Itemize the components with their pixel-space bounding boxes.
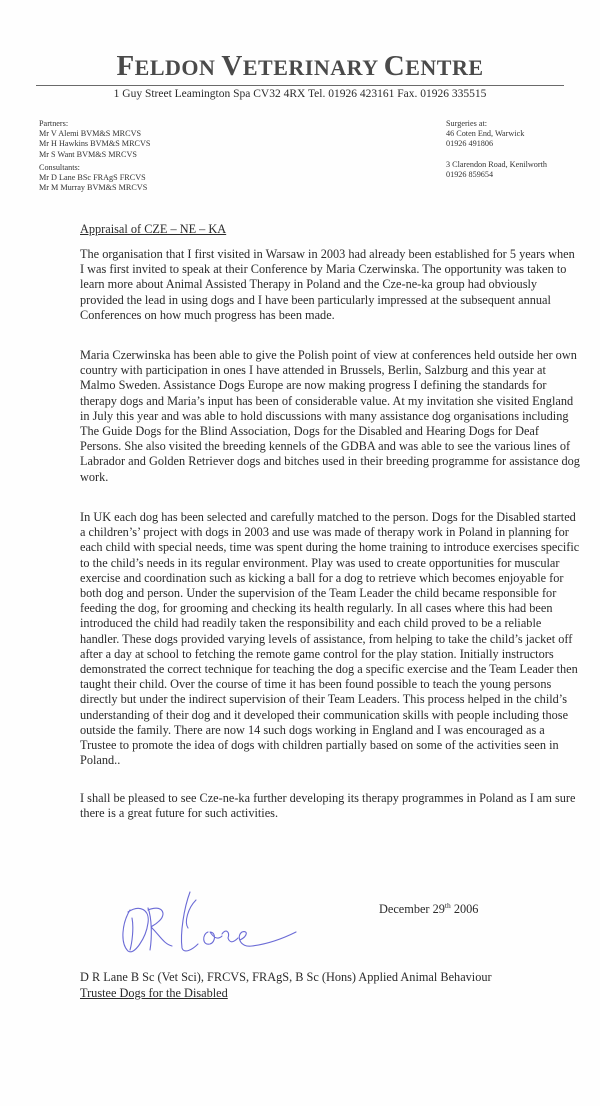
letter-date: December 29th 2006 (379, 901, 478, 917)
surgeries-block: Surgeries at: 46 Coten End, Warwick 0192… (446, 119, 547, 180)
surgery-phone: 01926 859654 (446, 170, 547, 180)
signatory-title: Trustee Dogs for the Disabled (80, 986, 228, 1001)
body-paragraph-1: The organisation that I first visited in… (80, 247, 580, 323)
handwritten-signature (118, 888, 308, 958)
title-rest-1: ELDON (135, 55, 216, 80)
consultants-label: Consultants: (39, 163, 150, 173)
letter-page: FELDON VETERINARY CENTRE 1 Guy Street Le… (0, 0, 600, 1106)
surgery-address: 3 Clarendon Road, Kenilworth (446, 160, 547, 170)
title-rest-2: ETERINARY (243, 55, 378, 80)
consultant-name: Mr D Lane BSc FRAgS FRCVS (39, 173, 150, 183)
surgery-address: 46 Coten End, Warwick (446, 129, 547, 139)
surgeries-label: Surgeries at: (446, 119, 547, 129)
partner-name: Mr V Alemi BVM&S MRCVS (39, 129, 150, 139)
body-paragraph-2: Maria Czerwinska has been able to give t… (80, 348, 580, 485)
title-initial-3: C (384, 50, 405, 82)
body-paragraph-4: I shall be pleased to see Cze-ne-ka furt… (80, 791, 580, 821)
signatory-name: D R Lane B Sc (Vet Sci), FRCVS, FRAgS, B… (80, 970, 492, 985)
title-rest-3: ENTRE (405, 55, 483, 80)
title-initial-1: F (116, 50, 134, 82)
partners-label: Partners: (39, 119, 150, 129)
consultant-name: Mr M Murray BVM&S MRCVS (39, 183, 150, 193)
letterhead-title: FELDON VETERINARY CENTRE (0, 50, 600, 83)
partner-name: Mr S Want BVM&S MRCVS (39, 150, 150, 160)
surgery-phone: 01926 491806 (446, 139, 547, 149)
letterhead-divider (36, 85, 564, 86)
body-paragraph-3: In UK each dog has been selected and car… (80, 510, 580, 768)
partners-block: Partners: Mr V Alemi BVM&S MRCVS Mr H Ha… (39, 119, 150, 193)
letterhead-address: 1 Guy Street Leamington Spa CV32 4RX Tel… (0, 88, 600, 100)
partner-name: Mr H Hawkins BVM&S MRCVS (39, 139, 150, 149)
letter-heading: Appraisal of CZE – NE – KA (80, 222, 226, 237)
title-initial-2: V (221, 50, 242, 82)
